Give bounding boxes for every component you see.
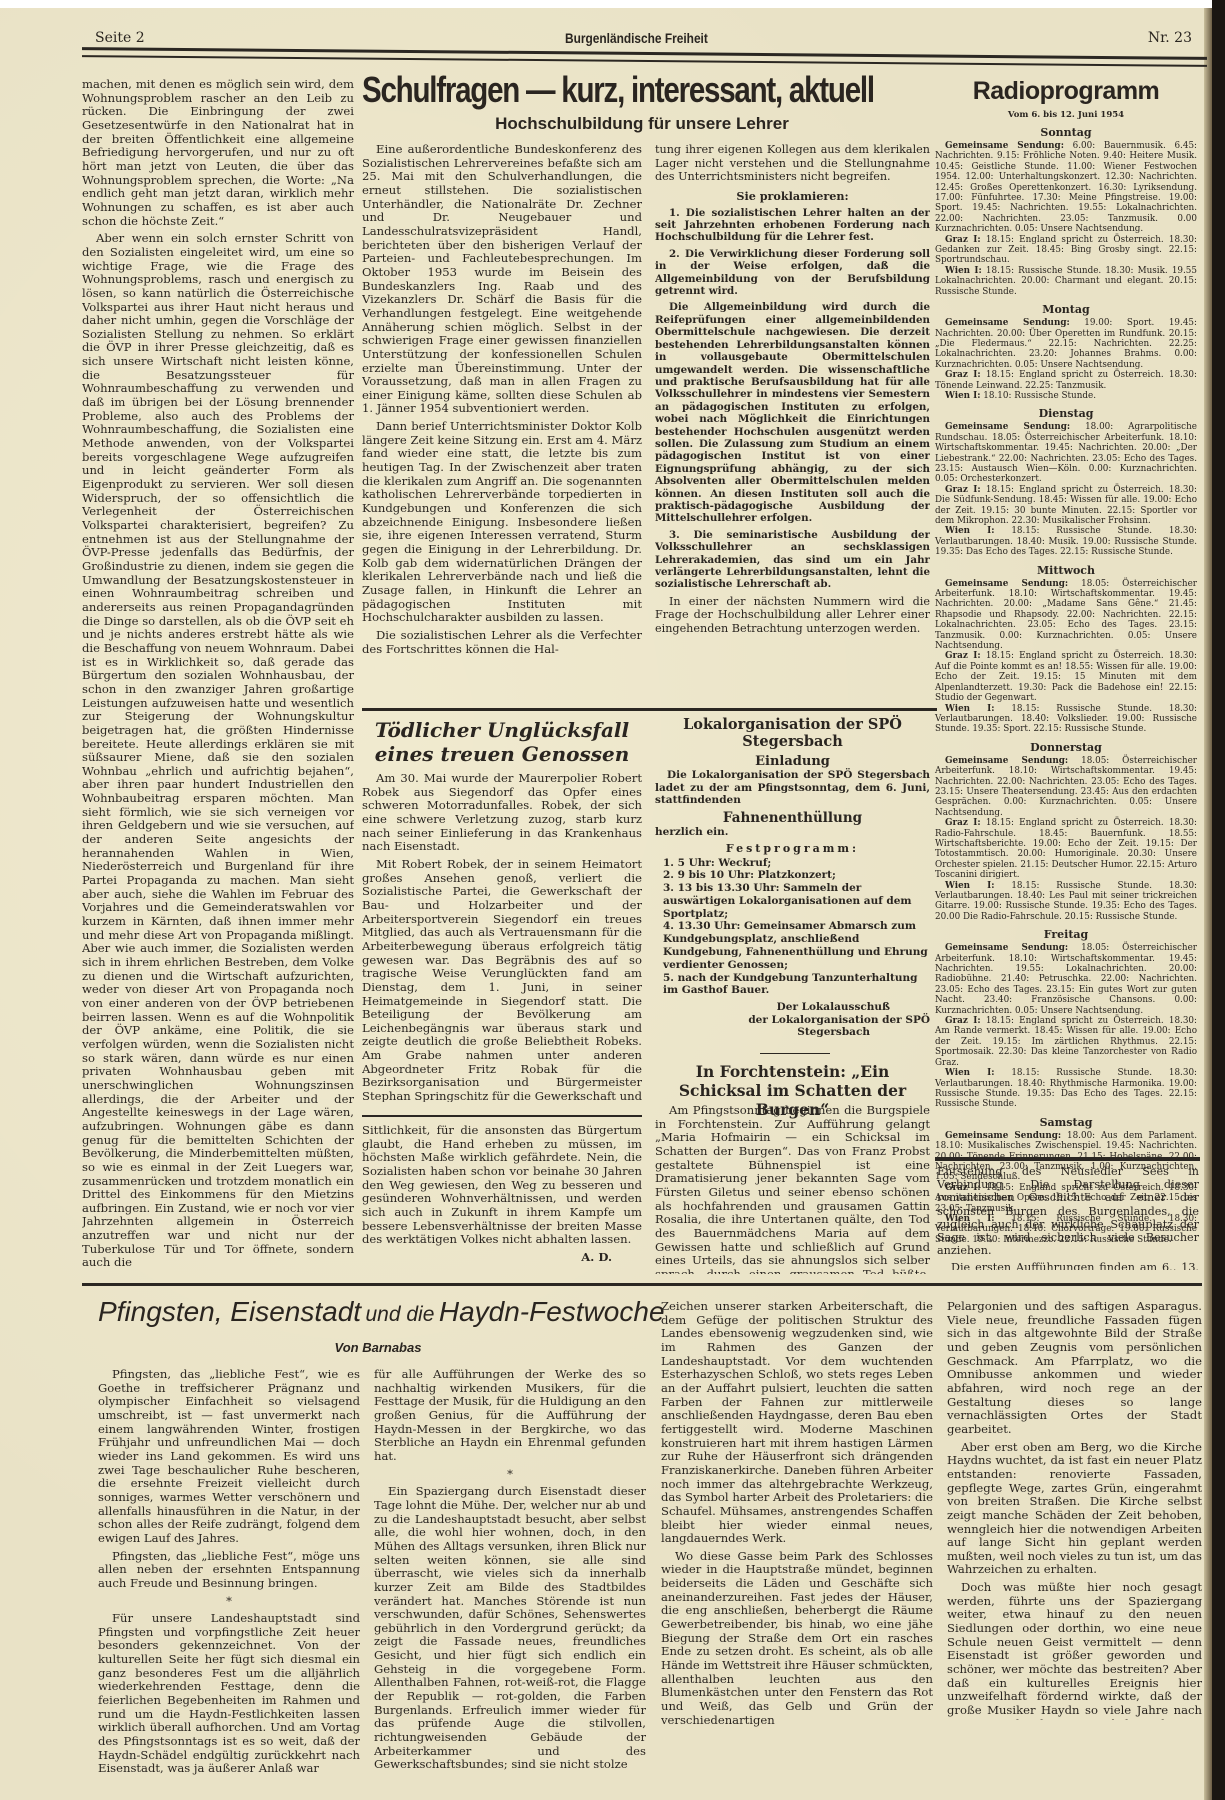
paragraph: Pfingsten, das „liebliche Fest“, wie es …: [98, 1368, 360, 1546]
forchtenstein-continued: Entstehung des Neusiedler Sees in Verbin…: [937, 1165, 1199, 1270]
demand-point: Die Allgemeinbildung wird durch die Reif…: [655, 301, 930, 524]
paragraph: In einer der nächsten Nummern wird die F…: [655, 595, 930, 636]
radio-day-heading: Montag: [935, 303, 1197, 316]
notice-title: Stegersbach: [655, 733, 930, 750]
station-name: Wien I:: [945, 391, 980, 401]
paragraph: Die sozialistischen Lehrer als die Verfe…: [362, 629, 642, 656]
section-divider: [935, 1157, 1200, 1161]
station-name: Gemeinsame Sendung:: [945, 1131, 1061, 1141]
pfingsten-headline: Pfingsten, Eisenstadt und die Haydn-Fest…: [98, 1296, 658, 1328]
unglueck-headline-2: eines treuen Genossen: [362, 742, 642, 766]
paragraph: Entstehung des Neusiedler Sees in Verbin…: [937, 1165, 1199, 1257]
program-item: 3. 13 bis 13.30 Uhr: Sammeln der auswärt…: [663, 882, 930, 920]
paragraph: Für unsere Landeshauptstadt sind Pfingst…: [98, 1612, 360, 1776]
schedule-text: 18.05: Österreichischer Arbeiterfunk. 18…: [935, 579, 1197, 651]
pfingsten-column-4: Pelargonien und des saftigen Asparagus. …: [947, 1300, 1202, 1720]
paragraph: Aber erst oben am Berg, wo die Kirche Ha…: [947, 1441, 1202, 1578]
section-divider: [362, 708, 937, 711]
radio-entry: Graz I: 18.15: England spricht zu Österr…: [935, 818, 1197, 880]
paragraph: Ein Spaziergang durch Eisenstadt dieser …: [374, 1485, 646, 1772]
pfingsten-column-2: für alle Aufführungen der Werke des so n…: [374, 1368, 646, 1788]
radio-entry: Gemeinsame Sendung: 18.00: Agrarpolitisc…: [935, 422, 1197, 484]
radio-title: Radioprogramm: [935, 77, 1197, 106]
paragraph: Mit Robert Robek, der in seinem Heimator…: [362, 858, 642, 1102]
schedule-text: 18.10: Russische Stunde.: [983, 391, 1096, 401]
station-name: Graz I:: [945, 818, 981, 828]
program-item: 1. 5 Uhr: Weckruf;: [663, 857, 930, 870]
notice-intro: Die Lokalorganisation der SPÖ Stegersbac…: [655, 769, 930, 807]
scan-border: [1212, 0, 1225, 1800]
paragraph: Doch was müßte hier noch gesagt werden, …: [947, 1581, 1202, 1720]
schulfragen-headline: Schulfragen — kurz, interessant, aktuell: [362, 70, 829, 110]
separator: *: [98, 1595, 360, 1609]
signed-line: der Lokalorganisation der SPÖ: [655, 1014, 930, 1027]
scan-top-margin: [0, 0, 1212, 8]
radio-program: Radioprogramm Vom 6. bis 12. Juni 1954 S…: [935, 77, 1197, 1245]
station-name: Wien I:: [945, 526, 995, 536]
demand-point: 3. Die seminaristische Ausbildung der Vo…: [655, 529, 930, 591]
demand-point: 1. Die sozialistischen Lehrer halten an …: [655, 207, 930, 244]
pfingsten-column-3: Zeichen unserer starken Arbeiterschaft, …: [661, 1300, 933, 1788]
schulfragen-column-2: tung ihrer eigenen Kollegen aus dem kler…: [655, 143, 930, 703]
paragraph: Am 30. Mai wurde der Maurerpolier Robert…: [362, 772, 642, 854]
separator: *: [374, 1468, 646, 1482]
signed-line: Der Lokalausschuß: [655, 1001, 930, 1014]
left-column-article: machen, mit denen es möglich sein wird, …: [82, 78, 354, 1278]
station-name: Wien I:: [945, 1068, 995, 1078]
paragraph: Wo diese Gasse beim Park des Schlosses w…: [661, 1550, 933, 1728]
proclaim-heading: Sie proklamieren:: [655, 190, 930, 204]
radio-entry: Gemeinsame Sendung: 19.00: Sport. 19.45:…: [935, 318, 1197, 370]
radio-entry: Graz I: 18.15: England spricht zu Österr…: [935, 235, 1197, 266]
radio-entry: Gemeinsame Sendung: 18.05: Österreichisc…: [935, 756, 1197, 818]
byline: Von Barnabas: [98, 1340, 658, 1355]
stegersbach-notice: Lokalorganisation der SPÖ Stegersbach Ei…: [655, 716, 930, 1039]
paragraph: machen, mit denen es möglich sein wird, …: [82, 78, 354, 228]
radio-dates: Vom 6. bis 12. Juni 1954: [935, 110, 1197, 120]
notice-subtitle: Einladung: [655, 754, 930, 769]
headline-part: Haydn-Festwoche: [439, 1296, 665, 1327]
radio-days: SonntagGemeinsame Sendung: 6.00: Bauernm…: [935, 126, 1197, 1245]
schulfragen-subheadline: Hochschulbildung für unsere Lehrer: [362, 114, 922, 134]
short-divider: [760, 1053, 830, 1054]
paragraph: Pelargonien und des saftigen Asparagus. …: [947, 1300, 1202, 1437]
radio-entry: Gemeinsame Sendung: 6.00: Bauernmusik. 6…: [935, 141, 1197, 235]
radio-entry: Wien I: 18.15: Russische Stunde. 18.30: …: [935, 526, 1197, 557]
station-name: Gemeinsame Sendung:: [945, 318, 1070, 328]
paragraph: für alle Aufführungen der Werke des so n…: [374, 1368, 646, 1464]
paragraph: Zeichen unserer starken Arbeiterschaft, …: [661, 1300, 933, 1546]
station-name: Wien I:: [945, 881, 995, 891]
paragraph: Pfingsten, das „liebliche Fest“, möge un…: [98, 1550, 360, 1591]
radio-day-heading: Samstag: [935, 1116, 1197, 1129]
signature: A. D.: [362, 1251, 642, 1265]
sittlichkeit-article: Sittlichkeit, für die ansonsten das Bürg…: [362, 1124, 642, 1274]
radio-day-heading: Freitag: [935, 928, 1197, 941]
station-name: Graz I:: [945, 1016, 981, 1026]
radio-entry: Wien I: 18.15: Russische Stunde. 18.30: …: [935, 704, 1197, 735]
festprogramm-heading: Festprogramm:: [655, 842, 930, 855]
radio-entry: Wien I: 18.10: Russische Stunde.: [935, 391, 1197, 401]
schulfragen-column-1: Eine außerordentliche Bundeskonferenz de…: [362, 143, 642, 703]
paragraph: tung ihrer eigenen Kollegen aus dem kler…: [655, 143, 930, 184]
radio-entry: Graz I: 18.15: England spricht zu Österr…: [935, 1016, 1197, 1068]
notice-title: Lokalorganisation der SPÖ: [655, 716, 930, 733]
station-name: Gemeinsame Sendung:: [945, 943, 1068, 953]
unglueck-headline-1: Tödlicher Unglücksfall: [362, 718, 642, 742]
page-number: Seite 2: [95, 30, 145, 46]
paragraph: Dann berief Unterrichtsminister Doktor K…: [362, 420, 642, 625]
radio-entry: Graz I: 18.15: England spricht zu Österr…: [935, 370, 1197, 391]
station-name: Gemeinsame Sendung:: [945, 141, 1064, 151]
station-name: Graz I:: [945, 235, 981, 245]
unglueck-article: Am 30. Mai wurde der Maurerpolier Robert…: [362, 772, 642, 1102]
radio-day-heading: Donnerstag: [935, 741, 1197, 754]
radio-entry: Gemeinsame Sendung: 18.05: Österreichisc…: [935, 943, 1197, 1016]
paragraph: Am Pfingstsonntag beginnen die Burgspiel…: [655, 1104, 930, 1274]
station-name: Graz I:: [945, 370, 981, 380]
program-list: 1. 5 Uhr: Weckruf; 2. 9 bis 10 Uhr: Plat…: [655, 857, 930, 998]
paragraph: Sittlichkeit, für die ansonsten das Bürg…: [362, 1124, 642, 1247]
radio-entry: Graz I: 18.15: England spricht zu Österr…: [935, 651, 1197, 703]
radio-day-heading: Dienstag: [935, 407, 1197, 420]
program-item: 2. 9 bis 10 Uhr: Platzkonzert;: [663, 869, 930, 882]
station-name: Gemeinsame Sendung:: [945, 579, 1068, 589]
headline-part: Pfingsten, Eisenstadt: [98, 1296, 361, 1327]
page-edge-shadow: [1204, 8, 1212, 1800]
section-divider: [362, 1115, 642, 1117]
pfingsten-column-1: Pfingsten, das „liebliche Fest“, wie es …: [98, 1368, 360, 1788]
forchtenstein-article: Am Pfingstsonntag beginnen die Burgspiel…: [655, 1104, 930, 1274]
paragraph: Eine außerordentliche Bundeskonferenz de…: [362, 143, 642, 416]
schedule-text: 18.05: Österreichischer Arbeiterfunk. 18…: [935, 943, 1197, 1015]
demand-point: 2. Die Verwirklichung dieser Forderung s…: [655, 248, 930, 298]
radio-entry: Graz I: 18.15: England spricht zu Österr…: [935, 485, 1197, 527]
issue-number: Nr. 23: [1148, 30, 1192, 46]
radio-entry: Wien I: 18.15: Russische Stunde. 18.30: …: [935, 266, 1197, 297]
schedule-text: 6.00: Bauernmusik. 6.45: Nachrichten. 9.…: [935, 141, 1197, 234]
station-name: Gemeinsame Sendung:: [945, 422, 1070, 432]
station-name: Wien I:: [945, 704, 995, 714]
station-name: Gemeinsame Sendung:: [945, 756, 1068, 766]
radio-day-heading: Sonntag: [935, 126, 1197, 139]
newspaper-name: Burgenländische Freiheit: [565, 30, 708, 46]
station-name: Graz I:: [945, 651, 981, 661]
section-divider: [82, 1283, 1202, 1286]
notice-event: Fahnenenthüllung: [655, 810, 930, 826]
program-item: 5. nach der Kundgebung Tanzunterhaltung …: [663, 972, 930, 998]
radio-day-heading: Mittwoch: [935, 564, 1197, 577]
radio-entry: Wien I: 18.15: Russische Stunde. 18.30: …: [935, 1068, 1197, 1110]
paragraph: Aber wenn ein solch ernster Schritt von …: [82, 232, 354, 1270]
paragraph: Die ersten Aufführungen finden am 6., 13…: [937, 1261, 1199, 1270]
station-name: Graz I:: [945, 485, 981, 495]
program-item: 4. 13.30 Uhr: Gemeinsamer Abmarsch zum K…: [663, 920, 930, 971]
signed-line: Stegersbach: [655, 1026, 930, 1039]
notice-herzlich: herzlich ein.: [655, 826, 930, 838]
station-name: Wien I:: [945, 266, 982, 276]
radio-entry: Gemeinsame Sendung: 18.05: Österreichisc…: [935, 579, 1197, 652]
radio-entry: Wien I: 18.15: Russische Stunde. 18.30: …: [935, 881, 1197, 923]
headline-part: und die: [366, 1303, 435, 1326]
signed-by: Der Lokalausschuß der Lokalorganisation …: [655, 1001, 930, 1039]
